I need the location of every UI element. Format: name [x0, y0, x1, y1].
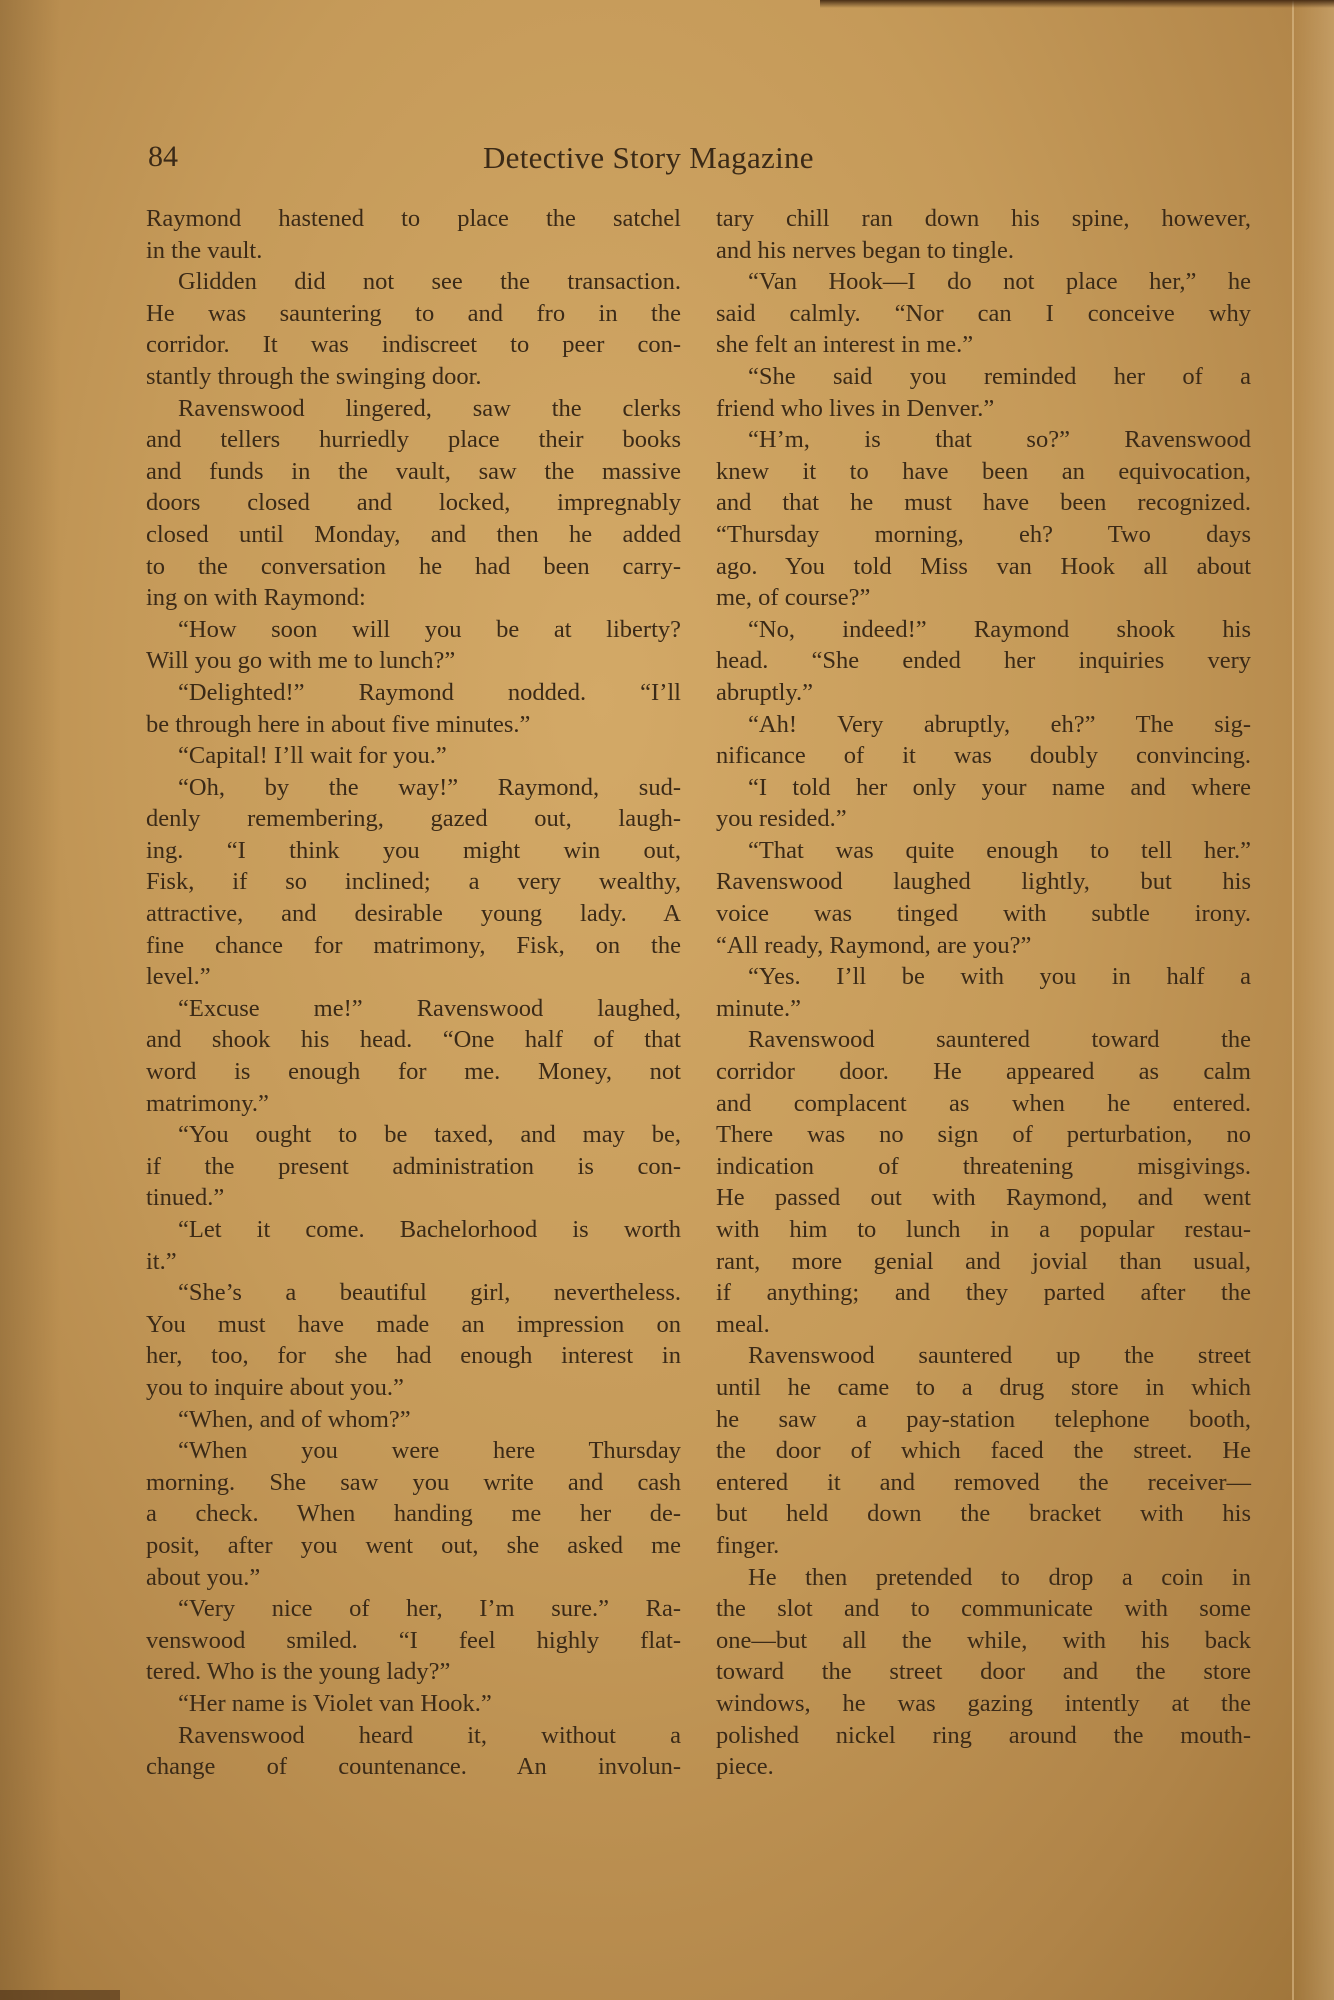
- text-line: “Capital! I’ll wait for you.”: [146, 740, 681, 772]
- text-line: “No, indeed!” Raymond shook his: [716, 614, 1251, 646]
- text-line: “H’m, is that so?” Ravenswood: [716, 424, 1251, 456]
- text-line: finger.: [716, 1530, 1251, 1562]
- text-line: said calmly. “Nor can I conceive why: [716, 298, 1251, 330]
- text-line: with him to lunch in a popular restau-: [716, 1214, 1251, 1246]
- text-line: ago. You told Miss van Hook all about: [716, 551, 1251, 583]
- text-line: nificance of it was doubly convincing.: [716, 740, 1251, 772]
- text-line: ing on with Raymond:: [146, 582, 681, 614]
- text-line: one—but all the while, with his back: [716, 1625, 1251, 1657]
- text-line: “Her name is Violet van Hook.”: [146, 1688, 681, 1720]
- magazine-title: Detective Story Magazine: [483, 140, 814, 176]
- text-line: be through here in about five minutes.”: [146, 709, 681, 741]
- text-line: Fisk, if so inclined; a very wealthy,: [146, 866, 681, 898]
- text-line: and his nerves began to tingle.: [716, 235, 1251, 267]
- text-line: if anything; and they parted after the: [716, 1277, 1251, 1309]
- text-line: friend who lives in Denver.”: [716, 393, 1251, 425]
- text-line: “When, and of whom?”: [146, 1404, 681, 1436]
- text-line: Glidden did not see the transaction.: [146, 266, 681, 298]
- text-line: you resided.”: [716, 803, 1251, 835]
- text-line: change of countenance. An involun-: [146, 1751, 681, 1783]
- page-shadow-left: [0, 0, 60, 2000]
- text-line: fine chance for matrimony, Fisk, on the: [146, 930, 681, 962]
- text-line: Ravenswood laughed lightly, but his: [716, 866, 1251, 898]
- page-number: 84: [148, 140, 178, 174]
- text-line: corridor door. He appeared as calm: [716, 1056, 1251, 1088]
- page-edge-top: [820, 0, 1334, 8]
- text-line: he saw a pay-station telephone booth,: [716, 1404, 1251, 1436]
- text-column-right: tary chill ran down his spine, however,a…: [716, 203, 1251, 1783]
- text-line: denly remembering, gazed out, laugh-: [146, 803, 681, 835]
- text-line: He passed out with Raymond, and went: [716, 1182, 1251, 1214]
- text-line: corridor. It was indiscreet to peer con-: [146, 329, 681, 361]
- text-line: about you.”: [146, 1562, 681, 1594]
- running-head: 84 Detective Story Magazine: [148, 140, 1256, 180]
- text-line: There was no sign of perturbation, no: [716, 1119, 1251, 1151]
- text-line: ing. “I think you might win out,: [146, 835, 681, 867]
- text-line: the slot and to communicate with some: [716, 1593, 1251, 1625]
- text-line: morning. She saw you write and cash: [146, 1467, 681, 1499]
- text-line: in the vault.: [146, 235, 681, 267]
- text-line: “Excuse me!” Ravenswood laughed,: [146, 993, 681, 1025]
- text-line: Will you go with me to lunch?”: [146, 645, 681, 677]
- text-line: “You ought to be taxed, and may be,: [146, 1119, 681, 1151]
- text-column-left: Raymond hastened to place the satchelin …: [146, 203, 681, 1783]
- text-line: Raymond hastened to place the satchel: [146, 203, 681, 235]
- text-line: and tellers hurriedly place their books: [146, 424, 681, 456]
- text-line: until he came to a drug store in which: [716, 1372, 1251, 1404]
- text-line: posit, after you went out, she asked me: [146, 1530, 681, 1562]
- text-line: tered. Who is the young lady?”: [146, 1656, 681, 1688]
- text-line: matrimony.”: [146, 1088, 681, 1120]
- text-line: knew it to have been an equivocation,: [716, 456, 1251, 488]
- text-line: “Let it come. Bachelorhood is worth: [146, 1214, 681, 1246]
- text-line: Ravenswood sauntered toward the: [716, 1024, 1251, 1056]
- text-line: and complacent as when he entered.: [716, 1088, 1251, 1120]
- text-line: “That was quite enough to tell her.”: [716, 835, 1251, 867]
- text-line: voice was tinged with subtle irony.: [716, 898, 1251, 930]
- text-line: “Delighted!” Raymond nodded. “I’ll: [146, 677, 681, 709]
- text-line: Ravenswood lingered, saw the clerks: [146, 393, 681, 425]
- text-line: “Very nice of her, I’m sure.” Ra-: [146, 1593, 681, 1625]
- text-line: “She said you reminded her of a: [716, 361, 1251, 393]
- text-line: “Van Hook—I do not place her,” he: [716, 266, 1251, 298]
- text-line: the door of which faced the street. He: [716, 1435, 1251, 1467]
- text-line: entered it and removed the receiver—: [716, 1467, 1251, 1499]
- text-line: doors closed and locked, impregnably: [146, 487, 681, 519]
- text-line: toward the street door and the store: [716, 1656, 1251, 1688]
- text-line: meal.: [716, 1309, 1251, 1341]
- text-line: You must have made an impression on: [146, 1309, 681, 1341]
- text-line: she felt an interest in me.”: [716, 329, 1251, 361]
- text-line: to the conversation he had been carry-: [146, 551, 681, 583]
- text-line: He then pretended to drop a coin in: [716, 1562, 1251, 1594]
- text-line: level.”: [146, 961, 681, 993]
- text-line: He was sauntering to and fro in the: [146, 298, 681, 330]
- text-line: Ravenswood heard it, without a: [146, 1720, 681, 1752]
- text-line: “I told her only your name and where: [716, 772, 1251, 804]
- text-line: venswood smiled. “I feel highly flat-: [146, 1625, 681, 1657]
- text-line: but held down the bracket with his: [716, 1498, 1251, 1530]
- text-line: piece.: [716, 1751, 1251, 1783]
- text-line: closed until Monday, and then he added: [146, 519, 681, 551]
- text-line: “How soon will you be at liberty?: [146, 614, 681, 646]
- text-line: windows, he was gazing intently at the: [716, 1688, 1251, 1720]
- text-line: word is enough for me. Money, not: [146, 1056, 681, 1088]
- text-line: tary chill ran down his spine, however,: [716, 203, 1251, 235]
- text-line: stantly through the swinging door.: [146, 361, 681, 393]
- text-line: head. “She ended her inquiries very: [716, 645, 1251, 677]
- text-line: abruptly.”: [716, 677, 1251, 709]
- text-line: “Thursday morning, eh? Two days: [716, 519, 1251, 551]
- text-line: me, of course?”: [716, 582, 1251, 614]
- text-line: and shook his head. “One half of that: [146, 1024, 681, 1056]
- text-line: Ravenswood sauntered up the street: [716, 1340, 1251, 1372]
- text-line: “Yes. I’ll be with you in half a: [716, 961, 1251, 993]
- text-line: polished nickel ring around the mouth-: [716, 1720, 1251, 1752]
- text-line: if the present administration is con-: [146, 1151, 681, 1183]
- text-line: “Ah! Very abruptly, eh?” The sig-: [716, 709, 1251, 741]
- page-edge-right: [1292, 0, 1334, 2000]
- text-line: a check. When handing me her de-: [146, 1498, 681, 1530]
- page-edge-bottom: [0, 1990, 120, 2000]
- text-line: rant, more genial and jovial than usual,: [716, 1246, 1251, 1278]
- text-line: “All ready, Raymond, are you?”: [716, 930, 1251, 962]
- text-line: indication of threatening misgivings.: [716, 1151, 1251, 1183]
- text-line: her, too, for she had enough interest in: [146, 1340, 681, 1372]
- text-line: and that he must have been recognized.: [716, 487, 1251, 519]
- text-line: “When you were here Thursday: [146, 1435, 681, 1467]
- text-line: “She’s a beautiful girl, nevertheless.: [146, 1277, 681, 1309]
- text-line: you to inquire about you.”: [146, 1372, 681, 1404]
- text-line: attractive, and desirable young lady. A: [146, 898, 681, 930]
- text-line: minute.”: [716, 993, 1251, 1025]
- text-line: it.”: [146, 1246, 681, 1278]
- text-line: “Oh, by the way!” Raymond, sud-: [146, 772, 681, 804]
- text-line: and funds in the vault, saw the massive: [146, 456, 681, 488]
- text-line: tinued.”: [146, 1182, 681, 1214]
